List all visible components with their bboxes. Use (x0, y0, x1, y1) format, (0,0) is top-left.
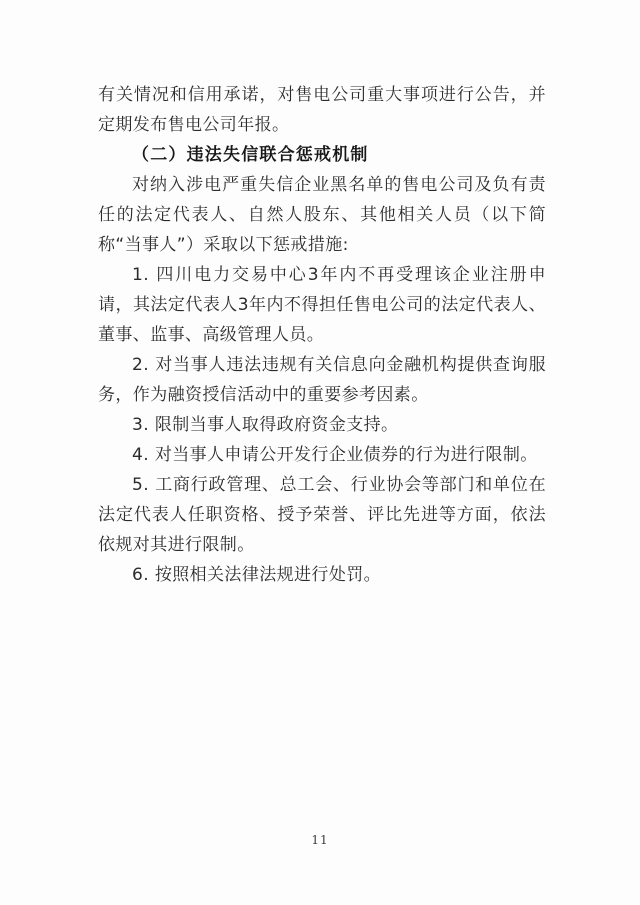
list-item-2: 2. 对当事人违法违规有关信息向金融机构提供查询服务，作为融资授信活动中的重要参… (98, 350, 546, 410)
continuation-paragraph: 有关情况和信用承诺，对售电公司重大事项进行公告，并定期发布售电公司年报。 (98, 80, 546, 140)
section-heading: （二）违法失信联合惩戒机制 (98, 140, 546, 170)
lead-paragraph: 对纳入涉电严重失信企业黑名单的售电公司及负有责任的法定代表人、自然人股东、其他相… (98, 170, 546, 260)
list-item-3: 3. 限制当事人取得政府资金支持。 (98, 410, 546, 440)
list-item-6: 6. 按照相关法律法规进行处罚。 (98, 560, 546, 590)
page-content: 有关情况和信用承诺，对售电公司重大事项进行公告，并定期发布售电公司年报。 （二）… (98, 80, 546, 590)
page-number: 11 (0, 833, 640, 847)
list-item-5: 5. 工商行政管理、总工会、行业协会等部门和单位在法定代表人任职资格、授予荣誉、… (98, 470, 546, 560)
list-item-1: 1. 四川电力交易中心3年内不再受理该企业注册申请，其法定代表人3年内不得担任售… (98, 260, 546, 350)
document-page: 有关情况和信用承诺，对售电公司重大事项进行公告，并定期发布售电公司年报。 （二）… (0, 0, 640, 905)
list-item-4: 4. 对当事人申请公开发行企业债券的行为进行限制。 (98, 440, 546, 470)
